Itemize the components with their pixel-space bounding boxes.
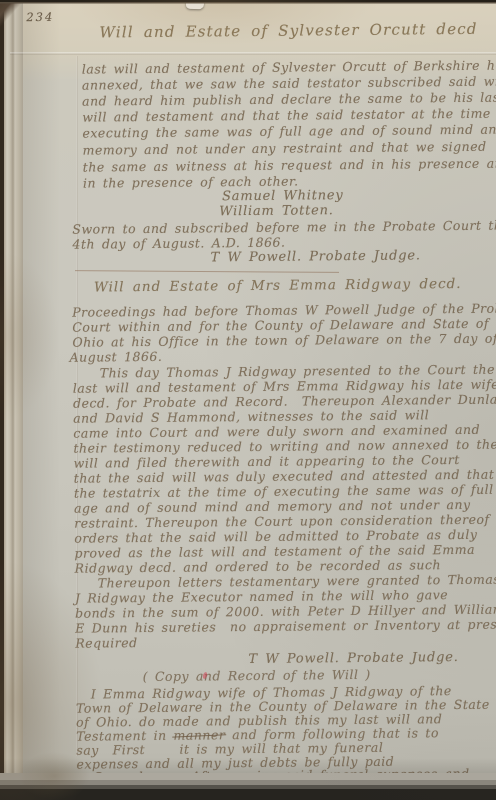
manuscript-lines: 234 Will and Estate of Sylvester Orcutt … xyxy=(0,0,496,800)
ledger-photo: 234 Will and Estate of Sylvester Orcutt … xyxy=(0,0,496,800)
section-heading: Will and Estate of Sylvester Orcutt decd xyxy=(99,20,477,42)
manuscript-line: executing the same was of full age and o… xyxy=(82,122,496,141)
signature-line: T W Powell. Probate Judge. xyxy=(211,248,421,265)
manuscript-line: Ohio at his Office in the town of Delawa… xyxy=(72,331,496,350)
page-number: 234 xyxy=(26,10,54,24)
manuscript-line: E Dunn his sureties no appraisement or I… xyxy=(75,616,496,635)
manuscript-line: memory and not under any restraint and t… xyxy=(83,139,487,158)
manuscript-line: the same as witness at his request and i… xyxy=(83,155,496,174)
signature-line: Samuel Whitney xyxy=(222,188,344,204)
caption-line: ( Copy and Record of the Will ) xyxy=(143,667,371,684)
book-bottom-edge xyxy=(0,773,496,800)
signature-line: William Totten. xyxy=(219,203,334,219)
page-bottom-curl-shadow xyxy=(0,758,496,774)
photo-top-edge xyxy=(0,0,496,4)
signature-line: T W Powell. Probate Judge. xyxy=(248,650,458,667)
section-heading: Will and Estate of Mrs Emma Ridgway decd… xyxy=(94,276,462,296)
manuscript-line: Required xyxy=(75,635,137,651)
manuscript-line: August 1866. xyxy=(70,349,163,365)
